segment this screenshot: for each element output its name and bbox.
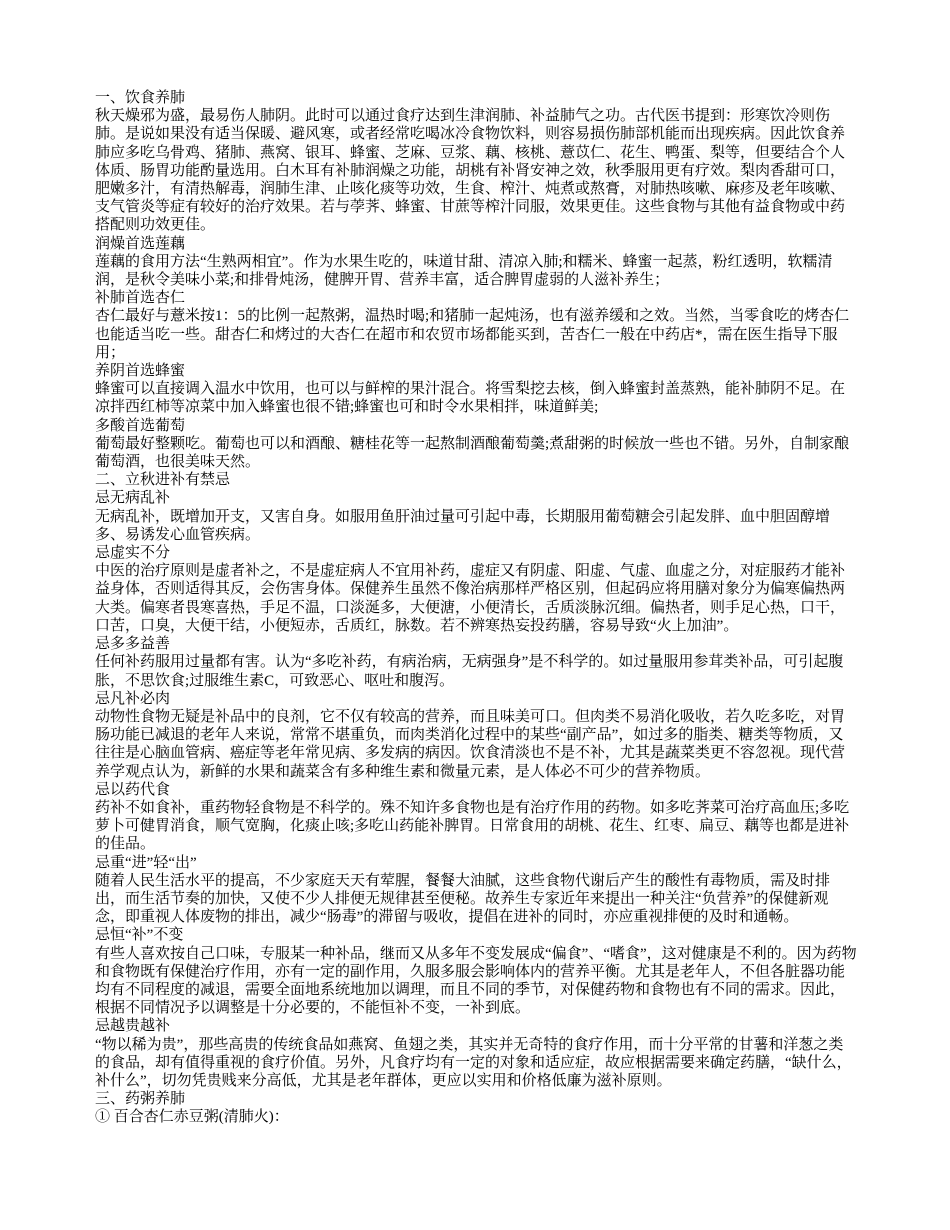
sub-heading: 多酸首选葡萄: [95, 417, 857, 435]
body-paragraph: 中医的治疗原则是虚者补之，不是虚症病人不宜用补药，虚症又有阴虚、阳虚、气虚、血虚…: [95, 562, 857, 635]
sub-heading: 养阴首选蜂蜜: [95, 362, 857, 380]
sub-heading: 忌重“进”轻“出”: [95, 854, 857, 872]
sub-heading: 忌恒“补”不变: [95, 926, 857, 944]
section-heading: 三、药粥养肺: [95, 1090, 857, 1108]
document-body: 一、饮食养肺秋天燥邪为盛，最易伤人肺阴。此时可以通过食疗达到生津润肺、补益肺气之…: [95, 89, 857, 1127]
sub-heading: 忌凡补必肉: [95, 690, 857, 708]
body-paragraph: 随着人民生活水平的提高，不少家庭天天有荤腥，餐餐大油腻，这些食物代谢后产生的酸性…: [95, 872, 857, 927]
body-paragraph: 蜂蜜可以直接调入温水中饮用，也可以与鲜榨的果汁混合。将雪梨挖去核，倒入蜂蜜封盖蒸…: [95, 380, 857, 416]
sub-heading: 补肺首选杏仁: [95, 289, 857, 307]
section-heading: 二、立秋进补有禁忌: [95, 471, 857, 489]
sub-heading: 忌多多益善: [95, 635, 857, 653]
sub-heading: 忌无病乱补: [95, 489, 857, 507]
body-paragraph: 杏仁最好与薏米按1：5的比例一起熬粥，温热时喝;和猪肺一起炖汤，也有滋养缓和之效…: [95, 307, 857, 362]
body-paragraph: 动物性食物无疑是补品中的良剂，它不仅有较高的营养，而且味美可口。但肉类不易消化吸…: [95, 708, 857, 781]
sub-heading: 忌虚实不分: [95, 544, 857, 562]
body-paragraph: 莲藕的食用方法“生熟两相宜”。作为水果生吃的，味道甘甜、清凉入肺;和糯米、蜂蜜一…: [95, 253, 857, 289]
sub-heading: 润燥首选莲藕: [95, 235, 857, 253]
body-paragraph: 无病乱补，既增加开支，又害自身。如服用鱼肝油过量可引起中毒，长期服用葡萄糖会引起…: [95, 508, 857, 544]
body-paragraph: 药补不如食补，重药物轻食物是不科学的。殊不知许多食物也是有治疗作用的药物。如多吃…: [95, 799, 857, 854]
body-paragraph: ① 百合杏仁赤豆粥(清肺火)：: [95, 1108, 857, 1126]
document-page: 一、饮食养肺秋天燥邪为盛，最易伤人肺阴。此时可以通过食疗达到生津润肺、补益肺气之…: [0, 0, 950, 1230]
section-heading: 一、饮食养肺: [95, 89, 857, 107]
body-paragraph: 秋天燥邪为盛，最易伤人肺阴。此时可以通过食疗达到生津润肺、补益肺气之功。古代医书…: [95, 107, 857, 234]
body-paragraph: 葡萄最好整颗吃。葡萄也可以和酒酿、糖桂花等一起熬制酒酿葡萄羹;煮甜粥的时候放一些…: [95, 435, 857, 471]
body-paragraph: 有些人喜欢按自己口味，专服某一种补品，继而又从多年不变发展成“偏食”、“嗜食”，…: [95, 945, 857, 1018]
body-paragraph: “物以稀为贵”，那些高贵的传统食品如燕窝、鱼翅之类，其实并无奇特的食疗作用，而十…: [95, 1036, 857, 1091]
sub-heading: 忌越贵越补: [95, 1017, 857, 1035]
sub-heading: 忌以药代食: [95, 781, 857, 799]
body-paragraph: 任何补药服用过量都有害。认为“多吃补药，有病治病，无病强身”是不科学的。如过量服…: [95, 653, 857, 689]
